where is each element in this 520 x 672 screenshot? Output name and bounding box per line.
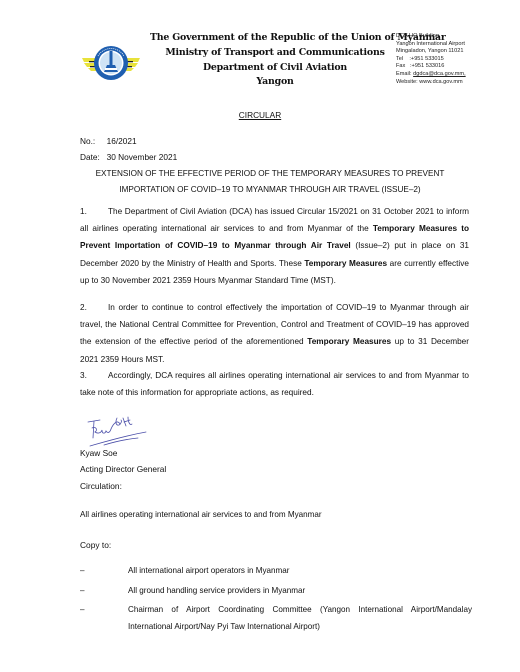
paragraph-3: 3.Accordingly, DCA requires all airlines… [80,367,469,401]
paragraph-text: Accordingly, DCA requires all airlines o… [80,371,469,397]
subject-line-1: EXTENSION OF THE EFFECTIVE PERIOD OF THE… [70,166,470,182]
signatory-name: Kyaw Soe [80,446,166,462]
address-city: Mingaladon, Yangon 11021 [396,48,520,56]
tel-label: Tel [396,56,403,62]
paragraph-number: 2. [80,299,108,316]
paragraph-number: 3. [80,367,108,384]
address-fax: Fax :+951 533016 [396,63,520,71]
email-link[interactable]: dgdca@dca.gov.mm, [413,71,466,77]
copy-to-item: – All ground handling service providers … [80,581,472,601]
subject-line-2: IMPORTATION OF COVID–19 TO MYANMAR THROU… [70,182,470,198]
signatory: Kyaw Soe Acting Director General [80,446,166,477]
fax-label: Fax [396,63,405,69]
copy-to-item: – All international airport operators in… [80,561,472,581]
fax-value: :+951 533016 [410,63,444,69]
subject-heading: EXTENSION OF THE EFFECTIVE PERIOD OF THE… [70,166,470,197]
tel-value: :+951 533015 [409,56,443,62]
dca-emblem-icon [80,42,142,84]
dash-bullet: – [80,561,100,581]
copy-to-label: Copy to: [80,540,111,550]
document-type: CIRCULAR [0,110,520,120]
handwritten-signature-icon [84,412,154,450]
letterhead-title: The Government of the Republic of the Un… [150,31,400,90]
number-value: 16/2021 [107,136,137,146]
address-building: DCA HQ Building [396,33,520,41]
email-label: Email: [396,71,412,77]
address-tel: Tel :+951 533015 [396,56,520,64]
address-block: DCA HQ Building Yangon International Air… [396,33,520,86]
copy-to-item: – Chairman of Airport Coordinating Commi… [80,601,472,635]
city-name: Yangon [150,75,400,90]
number-label: No.: [80,136,102,146]
signatory-title: Acting Director General [80,462,166,478]
circular-number: No.: 16/2021 [80,136,137,146]
date-label: Date: [80,152,102,162]
dash-bullet: – [80,601,100,618]
website-label: Website: [396,79,418,85]
copy-to-text: Chairman of Airport Coordinating Committ… [128,601,472,635]
paragraph-1: 1.The Department of Civil Aviation (DCA)… [80,203,469,289]
paragraph-2: 2.In order to continue to control effect… [80,299,469,368]
address-airport: Yangon International Airport [396,41,520,49]
circulation-text: All airlines operating international air… [80,510,322,519]
address-email: Email: dgdca@dca.gov.mm, [396,71,520,79]
copy-to-text: All international airport operators in M… [128,561,472,581]
address-website: Website: www.dca.gov.mm [396,79,520,87]
paragraph-number: 1. [80,203,108,220]
ministry-name: Ministry of Transport and Communications [150,46,400,61]
paragraph-bold-text: Temporary Measures [304,259,387,268]
website-link[interactable]: www.dca.gov.mm [419,79,462,85]
date-value: 30 November 2021 [107,152,178,162]
department-name: Department of Civil Aviation [150,61,400,76]
circular-date: Date: 30 November 2021 [80,152,177,162]
government-name: The Government of the Republic of the Un… [150,31,400,46]
paragraph-bold-text: Temporary Measures [307,337,391,346]
copy-to-text: All ground handling service providers in… [128,581,472,601]
circulation-label: Circulation: [80,481,122,491]
circular-document: The Government of the Republic of the Un… [0,0,520,672]
dash-bullet: – [80,581,100,601]
